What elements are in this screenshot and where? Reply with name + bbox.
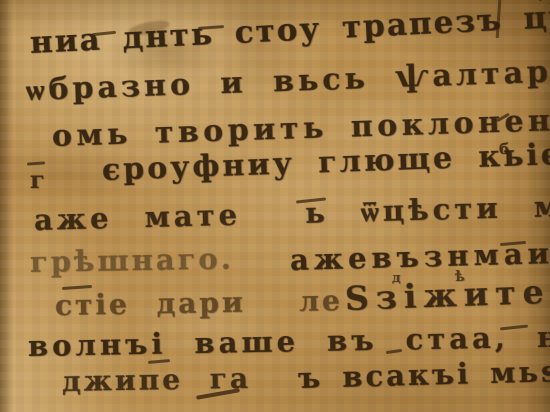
manuscript-line-9-right: ъ всакъі мьѕь (298, 357, 550, 393)
manuscript-line-1: ниа днть стоу трапезъ црт (29, 0, 550, 59)
superscript-letter-b: б (499, 142, 509, 157)
manuscript-line-2: ѡбразно и вьсь ѱалтарь (25, 57, 550, 106)
manuscript-line-8: волнъі ваше въ стаа, нба (28, 322, 550, 361)
marginal-letter-g: г (30, 168, 45, 192)
manuscript-line-6-faded: грѣшнаго. (30, 244, 234, 277)
manuscript-line-5: аже мате ь ѿцѣсти ме (34, 192, 550, 235)
manuscript-line-7-ornate: Ѕзіжите (344, 275, 550, 315)
superscript-letter-d: д (392, 272, 401, 285)
manuscript-line-7-left: стіе дари ле (55, 287, 343, 320)
superscript-letter-yat: ѣ (455, 270, 465, 284)
parchment-page: ниа днть стоу трапезъ црт ѡбразно и вьсь… (0, 0, 550, 412)
